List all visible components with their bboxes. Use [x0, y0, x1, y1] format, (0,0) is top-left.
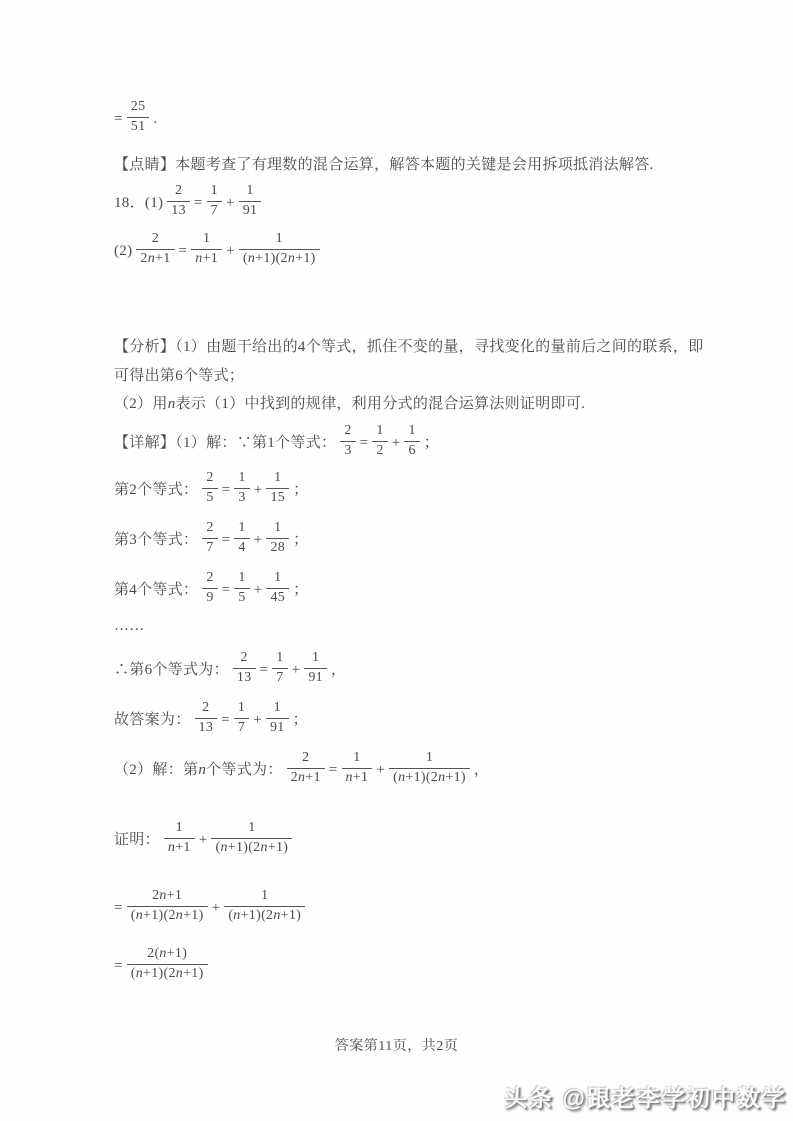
text-run: = — [179, 243, 188, 259]
line-result-fraction: =2551. — [113, 101, 158, 138]
text-run: = — [360, 435, 369, 451]
line-final-answer: 故答案为：213=17+191； — [113, 702, 309, 739]
line-answer-18-part1: 18．(1)213=17+191 — [113, 185, 264, 222]
text-run: + — [254, 532, 263, 548]
math-fraction: 12 — [372, 423, 387, 460]
text-run: = — [222, 532, 231, 548]
line-detail-equation-3: 第3个等式：27=14+128； — [113, 522, 309, 559]
text-run: . — [153, 111, 157, 127]
text-run: = — [260, 662, 269, 678]
line-ellipsis: …… — [113, 616, 146, 636]
math-fraction: 17 — [272, 650, 287, 687]
math-fraction: 213 — [233, 650, 256, 687]
line-proof-step-3: =2(n+1)(n+1)(2n+1) — [113, 948, 211, 985]
math-fraction: 1(n+1)(2n+1) — [389, 750, 470, 787]
text-run: = — [222, 582, 231, 598]
toutiao-watermark: 头条 @跟老李学初中数学 — [504, 1080, 787, 1113]
math-fraction: 29 — [202, 570, 217, 607]
text-run: （2）解：第n个等式为： — [114, 762, 283, 778]
text-run: + — [226, 195, 235, 211]
math-fraction: 2(n+1)(n+1)(2n+1) — [127, 946, 208, 983]
line-part2-general-equation: （2）解：第n个等式为：22n+1=1n+1+1(n+1)(2n+1)， — [113, 752, 490, 789]
text-run: ； — [424, 435, 439, 451]
math-fraction: 16 — [404, 423, 419, 460]
text-run: 18．(1) — [114, 195, 163, 211]
text-run: ； — [293, 712, 308, 728]
line-proof-step-1: 证明：1n+1+1(n+1)(2n+1) — [113, 822, 295, 859]
line-proof-step-2: =2n+1(n+1)(2n+1)+1(n+1)(2n+1) — [113, 890, 308, 927]
line-detail-equation-4: 第4个等式：29=15+145； — [113, 572, 309, 609]
text-run: ∴第6个等式为： — [114, 662, 229, 678]
text-run: + — [254, 482, 263, 498]
text-run: (2) — [114, 243, 132, 259]
line-analysis-3: （2）用n表示（1）中找到的规律，利用分式的混合运算法则证明即可. — [113, 394, 586, 414]
text-run: （2）用n表示（1）中找到的规律，利用分式的混合运算法则证明即可. — [114, 396, 585, 412]
text-run: 证明： — [114, 832, 160, 848]
math-fraction: 25 — [202, 470, 217, 507]
line-comment-dianjing: 【点睛】本题考查了有理数的混合运算，解答本题的关键是会用拆项抵消法解答. — [113, 155, 655, 175]
text-run: 【详解】（1）解：∵第1个等式： — [114, 435, 336, 451]
math-fraction: 17 — [234, 700, 249, 737]
text-run: + — [376, 762, 385, 778]
text-run: = — [114, 900, 123, 916]
math-fraction: 128 — [266, 520, 289, 557]
text-run: ； — [293, 482, 308, 498]
math-fraction: 1n+1 — [164, 820, 195, 857]
math-fraction: 17 — [207, 183, 222, 220]
text-run: + — [292, 662, 301, 678]
math-fraction: 2n+1(n+1)(2n+1) — [127, 888, 208, 925]
text-run: 第4个等式： — [114, 582, 198, 598]
math-fraction: 191 — [239, 183, 262, 220]
text-run: ； — [293, 582, 308, 598]
math-fraction: 2551 — [127, 99, 150, 136]
text-run: + — [226, 243, 235, 259]
math-fraction: 1n+1 — [342, 750, 373, 787]
math-fraction: 27 — [202, 520, 217, 557]
math-fraction: 115 — [266, 470, 289, 507]
math-fraction: 145 — [266, 570, 289, 607]
text-run: = — [194, 195, 203, 211]
math-fraction: 1(n+1)(2n+1) — [239, 231, 320, 268]
text-run: = — [114, 111, 123, 127]
line-analysis-1: 【分析】（1）由题干给出的4个等式，抓住不变的量，寻找变化的量前后之间的联系，即 — [113, 337, 705, 357]
text-run: 【点睛】本题考查了有理数的混合运算，解答本题的关键是会用拆项抵消法解答. — [114, 157, 654, 173]
text-run: + — [253, 712, 262, 728]
line-analysis-2: 可得出第6个等式； — [113, 366, 245, 386]
math-fraction: 213 — [195, 700, 218, 737]
line-detail-equation-6: ∴第6个等式为：213=17+191， — [113, 652, 347, 689]
page-footer: 答案第11页，共2页 — [0, 1035, 793, 1055]
math-fraction: 1(n+1)(2n+1) — [224, 888, 305, 925]
math-fraction: 1n+1 — [191, 231, 222, 268]
text-run: 第2个等式： — [114, 482, 198, 498]
line-detail-equation-2: 第2个等式：25=13+115； — [113, 472, 309, 509]
text-run: 故答案为： — [114, 712, 191, 728]
text-run: + — [212, 900, 221, 916]
math-fraction: 13 — [234, 470, 249, 507]
text-run: = — [329, 762, 338, 778]
text-run: = — [222, 482, 231, 498]
math-fraction: 213 — [167, 183, 190, 220]
text-run: + — [392, 435, 401, 451]
text-run: + — [254, 582, 263, 598]
text-run: …… — [114, 618, 145, 634]
text-run: ， — [331, 662, 346, 678]
text-run: 第3个等式： — [114, 532, 198, 548]
text-run: ， — [474, 762, 489, 778]
math-fraction: 191 — [266, 700, 289, 737]
math-fraction: 14 — [234, 520, 249, 557]
math-fraction: 22n+1 — [287, 750, 325, 787]
line-detail-equation-1: 【详解】（1）解：∵第1个等式：23=12+16； — [113, 425, 440, 462]
math-fraction: 191 — [304, 650, 327, 687]
text-run: = — [221, 712, 230, 728]
text-run: + — [199, 832, 208, 848]
math-fraction: 23 — [340, 423, 355, 460]
text-run: 【分析】（1）由题干给出的4个等式，抓住不变的量，寻找变化的量前后之间的联系，即 — [114, 339, 704, 355]
math-fraction: 15 — [234, 570, 249, 607]
document-page: =2551. 【点睛】本题考查了有理数的混合运算，解答本题的关键是会用拆项抵消法… — [0, 0, 793, 1121]
line-answer-18-part2: (2)22n+1=1n+1+1(n+1)(2n+1) — [113, 233, 323, 270]
text-run: = — [114, 958, 123, 974]
text-run: 可得出第6个等式； — [114, 368, 244, 384]
math-fraction: 1(n+1)(2n+1) — [211, 820, 292, 857]
text-run: ； — [293, 532, 308, 548]
math-fraction: 22n+1 — [136, 231, 174, 268]
